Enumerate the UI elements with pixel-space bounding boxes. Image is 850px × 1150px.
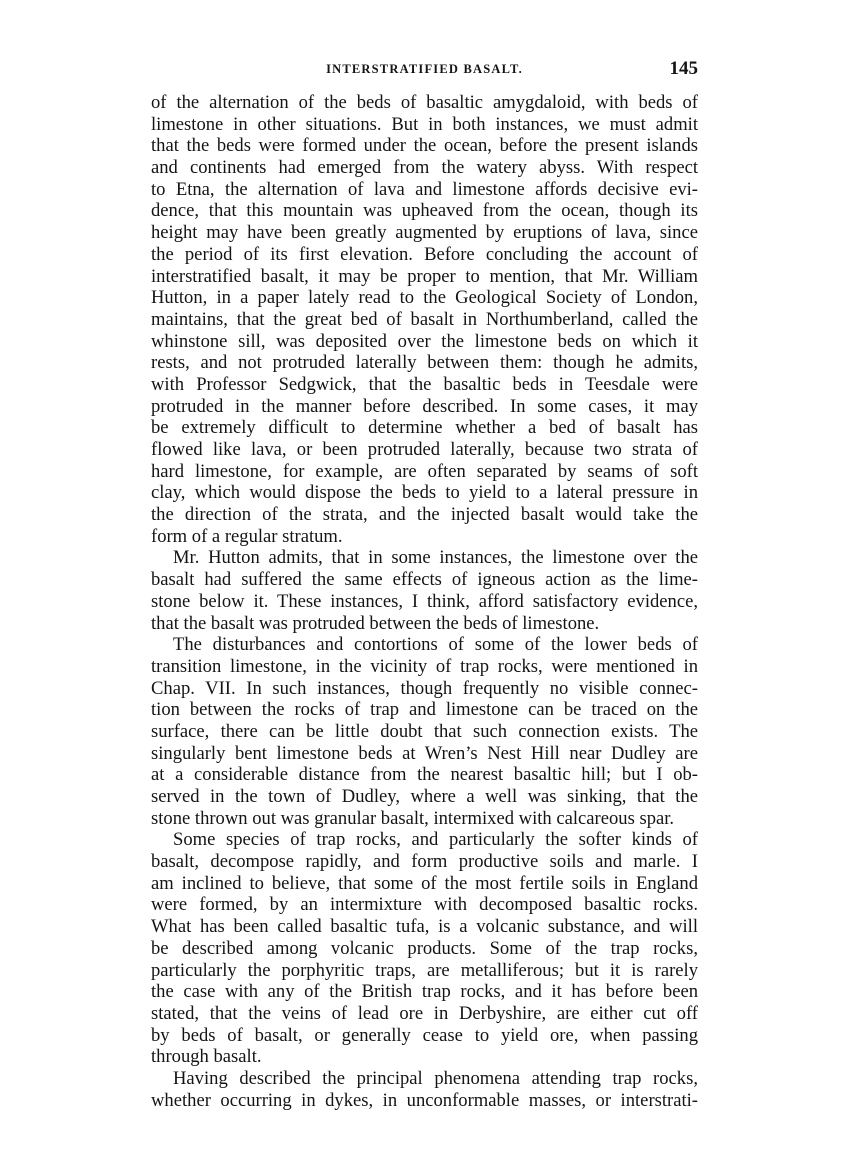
text-line: stone below it. These instances, I think…: [151, 591, 698, 613]
text-line: am inclined to believe, that some of the…: [151, 873, 698, 895]
text-line: interstratified basalt, it may be proper…: [151, 266, 698, 288]
paragraph: Some species of trap rocks, and particul…: [151, 829, 698, 1068]
text-line: tion between the rocks of trap and limes…: [151, 699, 698, 721]
text-line: singularly bent limestone beds at Wren’s…: [151, 743, 698, 765]
book-page: INTERSTRATIFIED BASALT. 145 of the alter…: [0, 0, 850, 1150]
text-line: height may have been greatly augmented b…: [151, 222, 698, 244]
text-line: dence, that this mountain was upheaved f…: [151, 200, 698, 222]
text-line: protruded in the manner before described…: [151, 396, 698, 418]
text-line: that the basalt was protruded between th…: [151, 613, 698, 635]
text-line: rests, and not protruded laterally betwe…: [151, 352, 698, 374]
text-line: stone thrown out was granular basalt, in…: [151, 808, 698, 830]
text-line: that the beds were formed under the ocea…: [151, 135, 698, 157]
text-line: through basalt.: [151, 1046, 698, 1068]
text-line: were formed, by an intermixture with dec…: [151, 894, 698, 916]
text-line: the period of its first elevation. Befor…: [151, 244, 698, 266]
text-line: Having described the principal phenomena…: [151, 1068, 698, 1090]
text-line: Hutton, in a paper lately read to the Ge…: [151, 287, 698, 309]
paragraph: Mr. Hutton admits, that in some instance…: [151, 547, 698, 634]
text-line: be extremely difficult to determine whet…: [151, 417, 698, 439]
text-line: be described among volcanic products. So…: [151, 938, 698, 960]
text-line: basalt had suffered the same effects of …: [151, 569, 698, 591]
text-line: Mr. Hutton admits, that in some instance…: [151, 547, 698, 569]
paragraph: The disturbances and contortions of some…: [151, 634, 698, 829]
text-line: basalt, decompose rapidly, and form prod…: [151, 851, 698, 873]
text-line: particularly the porphyritic traps, are …: [151, 960, 698, 982]
text-line: with Professor Sedgwick, that the basalt…: [151, 374, 698, 396]
running-header: INTERSTRATIFIED BASALT. 145: [151, 58, 698, 80]
running-title: INTERSTRATIFIED BASALT.: [151, 62, 698, 77]
text-line: by beds of basalt, or generally cease to…: [151, 1025, 698, 1047]
text-line: to Etna, the alternation of lava and lim…: [151, 179, 698, 201]
text-line: whinstone sill, was deposited over the l…: [151, 331, 698, 353]
text-line: of the alternation of the beds of basalt…: [151, 92, 698, 114]
text-line: transition limestone, in the vicinity of…: [151, 656, 698, 678]
text-line: served in the town of Dudley, where a we…: [151, 786, 698, 808]
text-line: Some species of trap rocks, and particul…: [151, 829, 698, 851]
paragraph: of the alternation of the beds of basalt…: [151, 92, 698, 547]
text-line: at a considerable distance from the near…: [151, 764, 698, 786]
page-number: 145: [670, 58, 699, 80]
text-line: the direction of the strata, and the inj…: [151, 504, 698, 526]
text-line: The disturbances and contortions of some…: [151, 634, 698, 656]
paragraph: Having described the principal phenomena…: [151, 1068, 698, 1111]
text-line: surface, there can be little doubt that …: [151, 721, 698, 743]
text-line: limestone in other situations. But in bo…: [151, 114, 698, 136]
text-line: What has been called basaltic tufa, is a…: [151, 916, 698, 938]
text-line: clay, which would dispose the beds to yi…: [151, 482, 698, 504]
text-line: form of a regular stratum.: [151, 526, 698, 548]
body-text: of the alternation of the beds of basalt…: [151, 92, 698, 1111]
text-line: stated, that the veins of lead ore in De…: [151, 1003, 698, 1025]
text-line: hard limestone, for example, are often s…: [151, 461, 698, 483]
text-line: and continents had emerged from the wate…: [151, 157, 698, 179]
text-line: whether occurring in dykes, in unconform…: [151, 1090, 698, 1112]
text-line: maintains, that the great bed of basalt …: [151, 309, 698, 331]
text-line: the case with any of the British trap ro…: [151, 981, 698, 1003]
text-line: Chap. VII. In such instances, though fre…: [151, 678, 698, 700]
text-line: flowed like lava, or been protruded late…: [151, 439, 698, 461]
